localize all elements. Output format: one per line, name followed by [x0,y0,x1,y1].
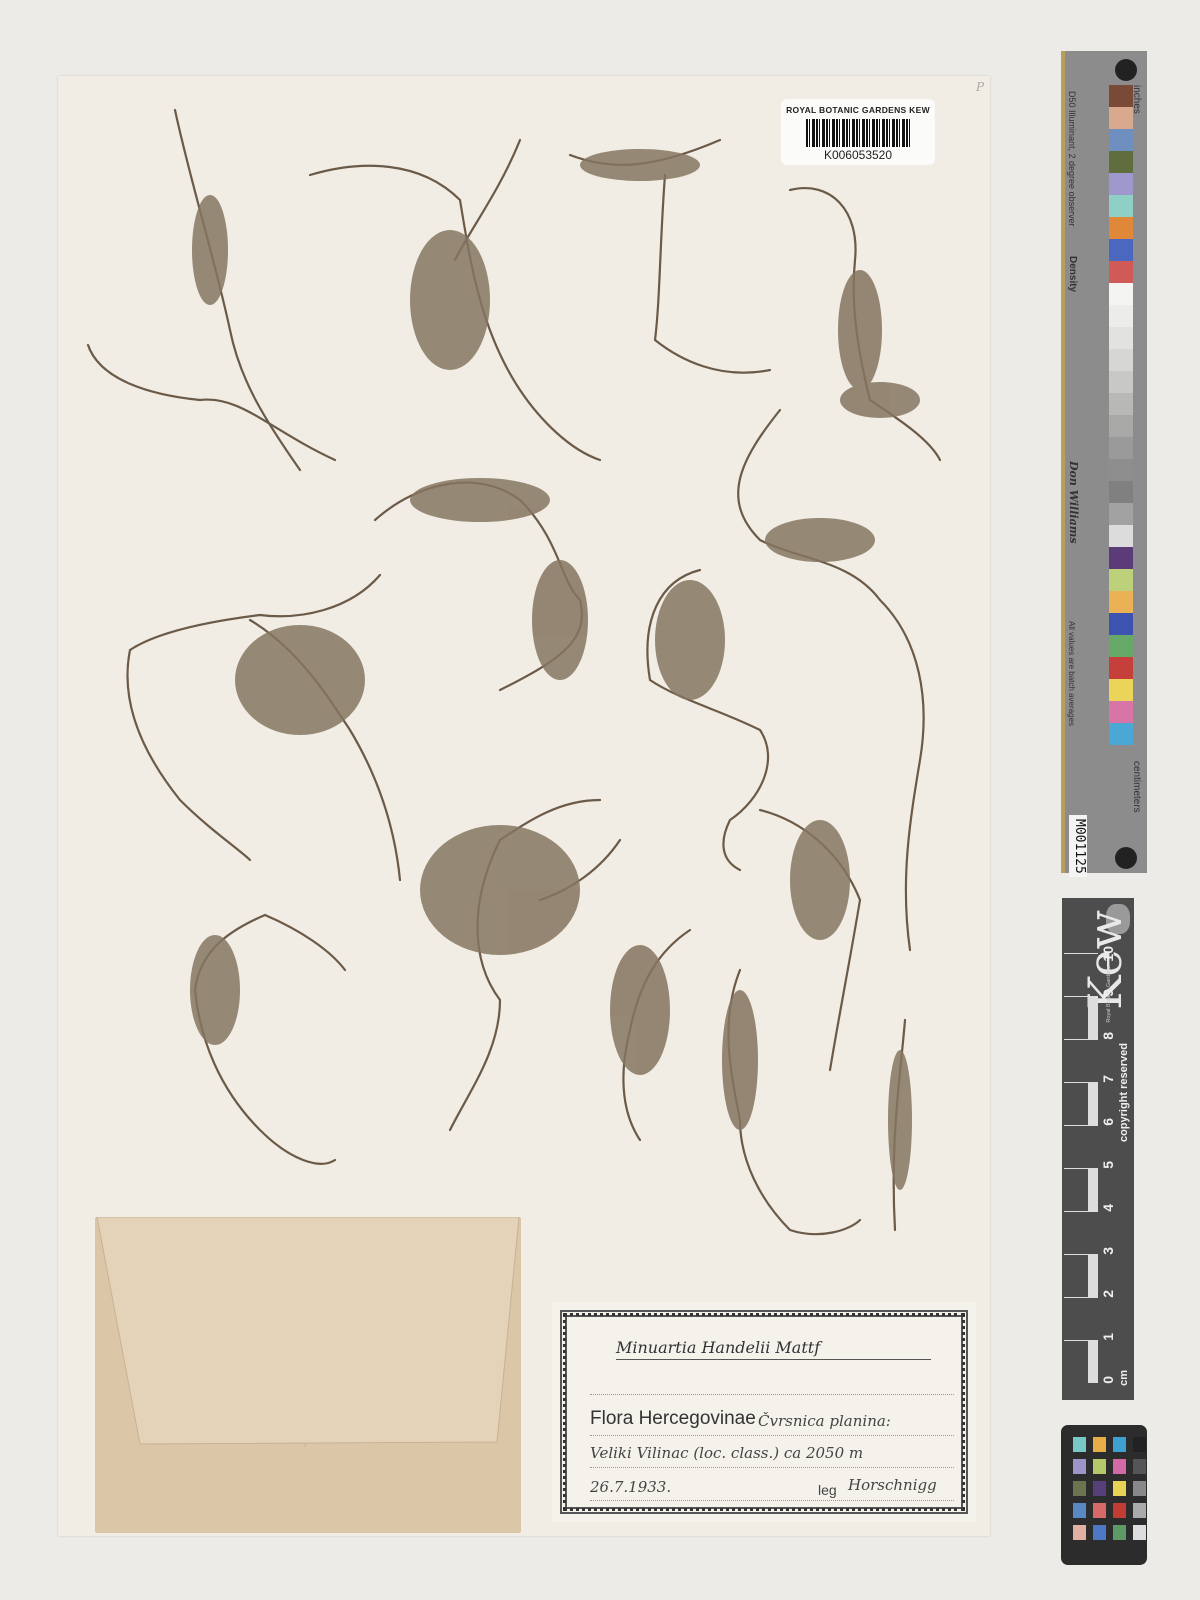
ruler-number: 2 [1100,1290,1118,1298]
checker-swatch [1073,1481,1086,1496]
color-patch [1109,723,1133,745]
ruler-number: 10 [1100,946,1118,962]
ruler-number: 1 [1100,1333,1118,1341]
color-patch [1109,635,1133,657]
checker-swatch [1113,1503,1126,1518]
color-patch [1109,657,1133,679]
ruler-number: 6 [1100,1118,1118,1126]
ruler-number: 7 [1100,1075,1118,1083]
color-patch [1109,569,1133,591]
color-patch [1109,173,1133,195]
flora-title: Flora Hercegovinae [590,1408,756,1430]
color-patch [1109,305,1133,327]
ruler-segment [1064,1125,1098,1168]
collection-label: Minuartia Handelii Mattf Flora Hercegovi… [552,1302,976,1522]
color-patch [1109,327,1133,349]
color-patches [1109,85,1133,745]
checker-swatch [1113,1437,1126,1452]
fragment-envelope[interactable] [95,1217,521,1533]
color-patch [1109,195,1133,217]
ruler-number: 8 [1100,1032,1118,1040]
ruler-number: 5 [1100,1161,1118,1169]
color-patch [1109,547,1133,569]
checker-swatch [1113,1525,1126,1540]
checker-swatch [1073,1459,1086,1474]
color-patch [1109,459,1133,481]
specimen-stem-1 [175,110,300,470]
ruler-marker [1088,1340,1098,1383]
ruler-segment [1064,1039,1098,1082]
ruler-number: 0 [1100,1376,1118,1384]
centimeters-caption: centimeters [1131,761,1142,813]
color-patch [1109,701,1133,723]
checker-swatch [1133,1503,1146,1518]
color-patch [1109,151,1133,173]
ruler-segment [1064,1211,1098,1254]
kew-scale-bar: Kew Royal Botanic Gardens copyright rese… [1062,898,1134,1400]
accession-stamp: M001125 [1069,815,1087,877]
color-patch [1109,437,1133,459]
ruler-number: 4 [1100,1204,1118,1212]
leg-label: leg [818,1482,837,1498]
color-patch [1109,613,1133,635]
color-patch [1109,239,1133,261]
ruler-segment [1064,1297,1098,1340]
rule-line [590,1394,954,1395]
color-patch [1109,371,1133,393]
determination-name: Minuartia Handelii Mattf [616,1338,931,1360]
color-patch [1109,415,1133,437]
unit-label: cm [1118,1370,1130,1386]
collection-date: 26.7.1933. [590,1478,671,1496]
checker-swatch [1073,1503,1086,1518]
color-patch [1109,525,1133,547]
color-patch [1109,85,1133,107]
ruler-marker [1088,1254,1098,1297]
color-patch [1109,129,1133,151]
copyright-text: copyright reserved [1118,1043,1130,1142]
ruler-marker [1088,996,1098,1039]
rule-line [590,1467,954,1468]
checker-swatch [1133,1525,1146,1540]
checker-swatch [1093,1459,1106,1474]
checker-swatch [1113,1459,1126,1474]
ruler-segment [1064,953,1098,996]
color-checker-card [1061,1425,1147,1565]
ruler-number: 3 [1100,1247,1118,1255]
rule-line [590,1500,954,1501]
checker-swatch [1093,1437,1106,1452]
pressed-plant-specimens [0,0,1000,1250]
checker-swatch [1073,1437,1086,1452]
collector-name: Horschnigg [848,1476,937,1494]
ruler-marker [1088,1168,1098,1211]
illuminant-note: D50 Illuminant, 2 degree observer [1067,91,1077,227]
ruler-marker [1088,1082,1098,1125]
color-patch [1109,217,1133,239]
mounting-hole-icon [1115,59,1137,81]
checker-swatch [1093,1525,1106,1540]
checker-swatch [1073,1525,1086,1540]
locality-line-2: Veliki Vilinac (loc. class.) ca 2050 m [590,1444,863,1462]
density-label: Density [1067,256,1078,292]
envelope-flap [95,1217,521,1447]
color-patch [1109,591,1133,613]
color-patch [1109,349,1133,371]
checker-swatch [1133,1459,1146,1474]
checker-swatch [1133,1437,1146,1452]
color-patch [1109,107,1133,129]
color-patch [1109,481,1133,503]
color-patch [1109,261,1133,283]
brand-name: Don Williams [1067,461,1080,544]
batch-note: All values are batch averages [1067,621,1076,726]
rule-line [590,1435,954,1436]
checker-swatch [1093,1481,1106,1496]
checker-swatch [1093,1503,1106,1518]
color-patch [1109,393,1133,415]
checker-swatch [1113,1481,1126,1496]
color-patch [1109,283,1133,305]
ruler-number: 9 [1100,989,1118,997]
color-patch [1109,679,1133,701]
locality-line-1: Čvrsnica planina: [758,1412,891,1430]
color-patch [1109,503,1133,525]
color-calibration-bar: inches D50 Illuminant, 2 degree observer… [1061,51,1147,873]
mounting-hole-icon [1115,847,1137,869]
checker-swatch [1133,1481,1146,1496]
